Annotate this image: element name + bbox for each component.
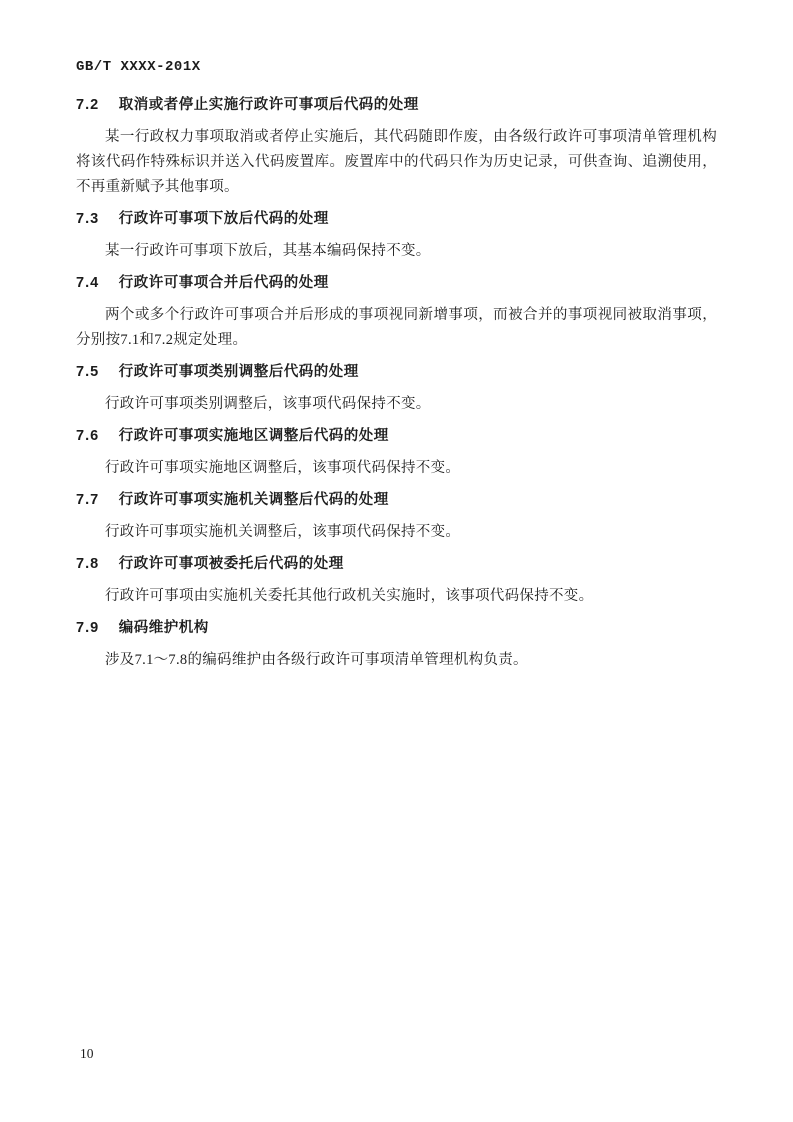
section-7-9: 7.9 编码维护机构 涉及7.1～7.8的编码维护由各级行政许可事项清单管理机构…	[76, 616, 717, 673]
section-title: 行政许可事项合并后代码的处理	[119, 275, 329, 291]
section-title: 取消或者停止实施行政许可事项后代码的处理	[119, 97, 419, 113]
section-title: 编码维护机构	[119, 620, 209, 636]
section-paragraph: 行政许可事项类别调整后，该事项代码保持不变。	[76, 392, 717, 417]
page-content: GB/T XXXX-201X 7.2 取消或者停止实施行政许可事项后代码的处理 …	[76, 58, 717, 673]
section-number: 7.7	[76, 488, 99, 513]
section-paragraph: 行政许可事项实施机关调整后，该事项代码保持不变。	[76, 520, 717, 545]
section-heading: 7.2 取消或者停止实施行政许可事项后代码的处理	[76, 93, 717, 118]
section-number: 7.2	[76, 93, 99, 118]
section-paragraph: 涉及7.1～7.8的编码维护由各级行政许可事项清单管理机构负责。	[76, 648, 717, 673]
section-number: 7.6	[76, 424, 99, 449]
section-title: 行政许可事项实施机关调整后代码的处理	[119, 492, 389, 508]
section-heading: 7.4 行政许可事项合并后代码的处理	[76, 271, 717, 296]
section-title: 行政许可事项实施地区调整后代码的处理	[119, 428, 389, 444]
page-number: 10	[80, 1046, 94, 1062]
section-7-4: 7.4 行政许可事项合并后代码的处理 两个或多个行政许可事项合并后形成的事项视同…	[76, 271, 717, 353]
section-title: 行政许可事项类别调整后代码的处理	[119, 364, 359, 380]
section-paragraph: 某一行政许可事项下放后，其基本编码保持不变。	[76, 239, 717, 264]
section-7-7: 7.7 行政许可事项实施机关调整后代码的处理 行政许可事项实施机关调整后，该事项…	[76, 488, 717, 545]
standard-number-header: GB/T XXXX-201X	[76, 58, 717, 76]
section-paragraph: 两个或多个行政许可事项合并后形成的事项视同新增事项，而被合并的事项视同被取消事项…	[76, 303, 717, 353]
section-number: 7.9	[76, 616, 99, 641]
section-number: 7.3	[76, 207, 99, 232]
document-page: GB/T XXXX-201X 7.2 取消或者停止实施行政许可事项后代码的处理 …	[0, 0, 793, 1122]
section-heading: 7.5 行政许可事项类别调整后代码的处理	[76, 360, 717, 385]
section-paragraph: 行政许可事项由实施机关委托其他行政机关实施时，该事项代码保持不变。	[76, 584, 717, 609]
section-heading: 7.9 编码维护机构	[76, 616, 717, 641]
section-number: 7.5	[76, 360, 99, 385]
section-7-6: 7.6 行政许可事项实施地区调整后代码的处理 行政许可事项实施地区调整后，该事项…	[76, 424, 717, 481]
section-paragraph: 某一行政权力事项取消或者停止实施后，其代码随即作废，由各级行政许可事项清单管理机…	[76, 125, 717, 200]
section-7-8: 7.8 行政许可事项被委托后代码的处理 行政许可事项由实施机关委托其他行政机关实…	[76, 552, 717, 609]
section-7-3: 7.3 行政许可事项下放后代码的处理 某一行政许可事项下放后，其基本编码保持不变…	[76, 207, 717, 264]
section-number: 7.4	[76, 271, 99, 296]
section-number: 7.8	[76, 552, 99, 577]
section-heading: 7.3 行政许可事项下放后代码的处理	[76, 207, 717, 232]
section-7-2: 7.2 取消或者停止实施行政许可事项后代码的处理 某一行政权力事项取消或者停止实…	[76, 93, 717, 200]
section-title: 行政许可事项被委托后代码的处理	[119, 556, 344, 572]
section-7-5: 7.5 行政许可事项类别调整后代码的处理 行政许可事项类别调整后，该事项代码保持…	[76, 360, 717, 417]
section-heading: 7.8 行政许可事项被委托后代码的处理	[76, 552, 717, 577]
section-heading: 7.6 行政许可事项实施地区调整后代码的处理	[76, 424, 717, 449]
section-paragraph: 行政许可事项实施地区调整后，该事项代码保持不变。	[76, 456, 717, 481]
section-title: 行政许可事项下放后代码的处理	[119, 211, 329, 227]
section-heading: 7.7 行政许可事项实施机关调整后代码的处理	[76, 488, 717, 513]
